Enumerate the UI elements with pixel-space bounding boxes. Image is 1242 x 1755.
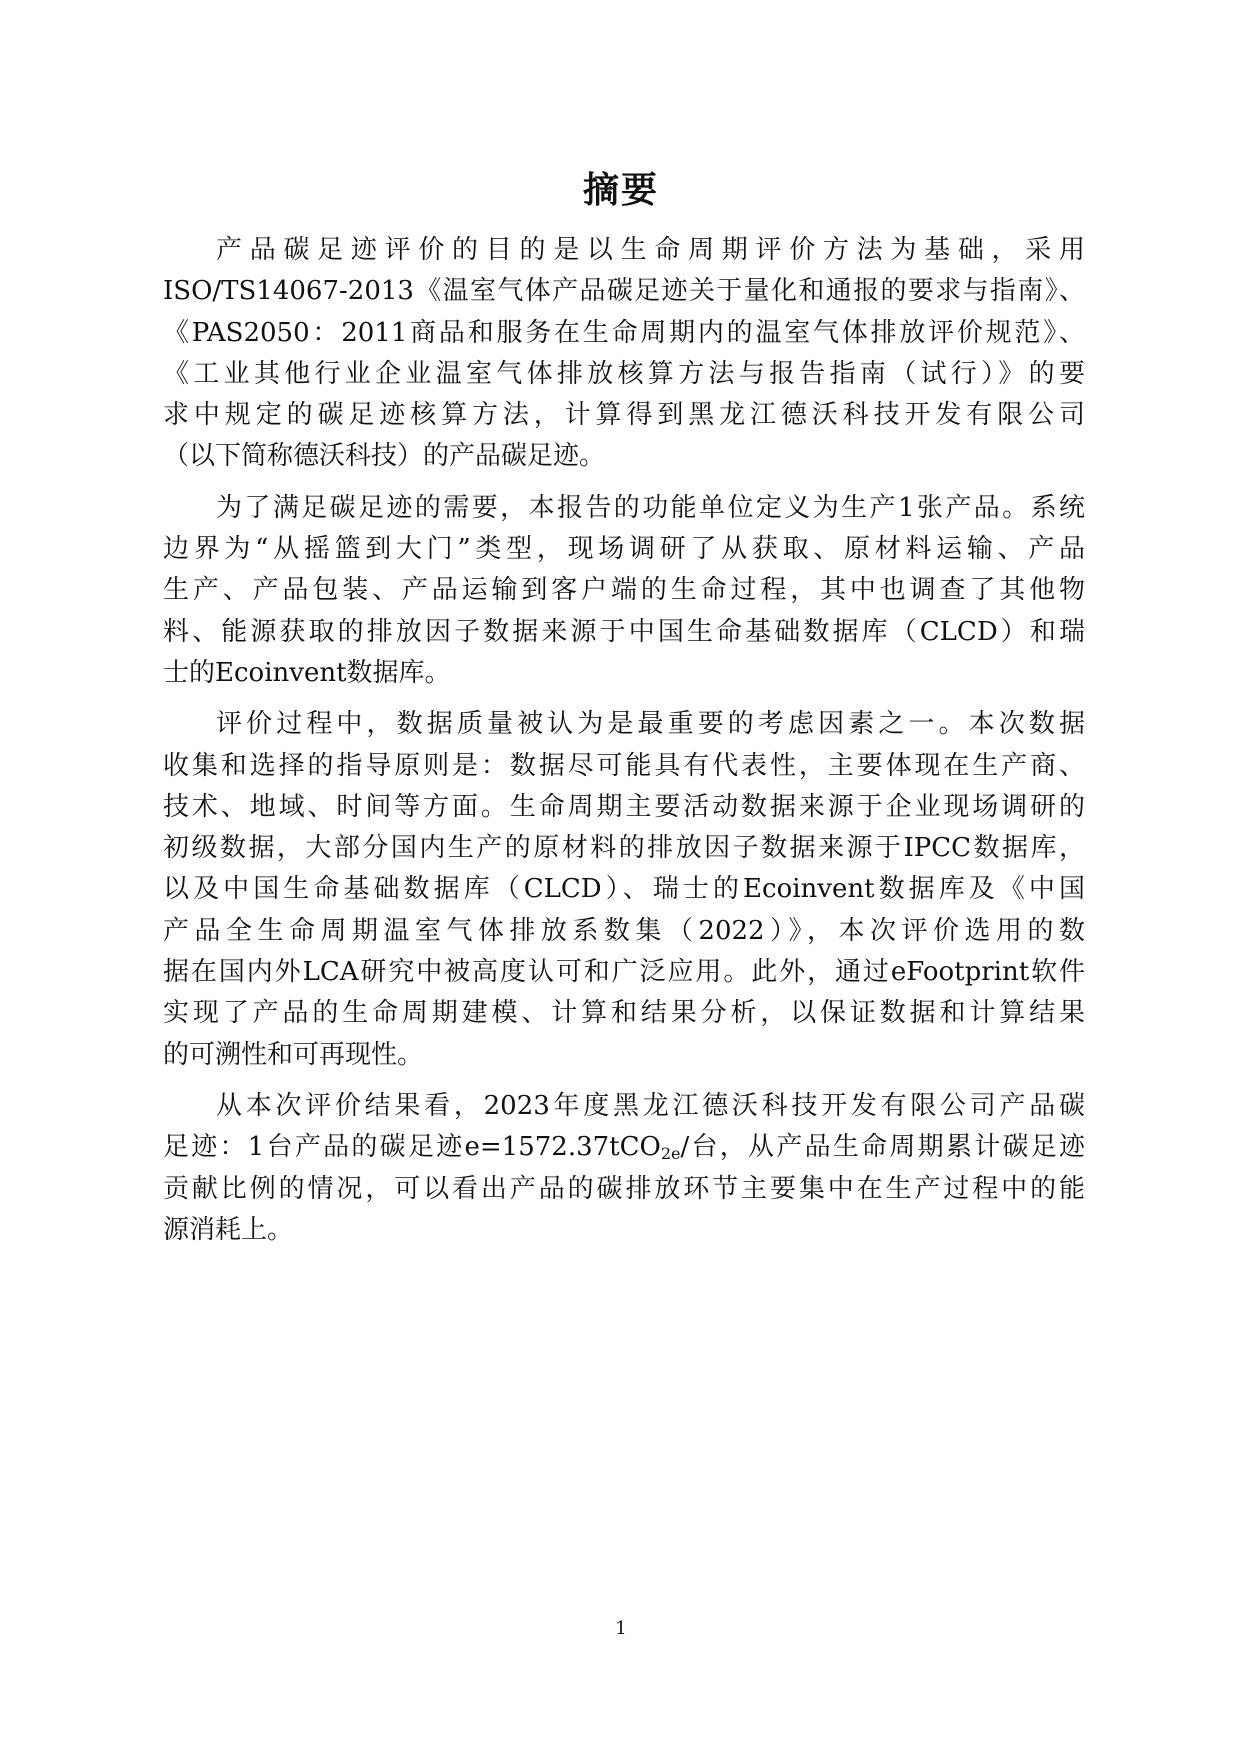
- co2e-subscript: 2e: [661, 1144, 681, 1163]
- text-line: 从本次评价结果看，2023年度黑龙江德沃科技开发有限公司产品碳: [163, 1086, 1085, 1127]
- paragraph-2: 为了满足碳足迹的需要，本报告的功能单位定义为生产1张产品。系统 边界为“从摇篮到…: [163, 488, 1085, 694]
- text-line-carbon-result: 足迹：1台产品的碳足迹e=1572.37tCO2e/台，从产品生命周期累计碳足迹: [163, 1127, 1085, 1168]
- text-line: 的可溯性和可再现性。: [163, 1035, 1085, 1076]
- document-page: 摘要 产品碳足迹评价的目的是以生命周期评价方法为基础，采用 ISO/TS1406…: [0, 0, 1242, 1755]
- text-line: 源消耗上。: [163, 1210, 1085, 1251]
- paragraph-1: 产品碳足迹评价的目的是以生命周期评价方法为基础，采用 ISO/TS14067-2…: [163, 230, 1085, 478]
- text-line: 收集和选择的指导原则是：数据尽可能具有代表性，主要体现在生产商、: [163, 746, 1085, 787]
- text-line: 料、能源获取的排放因子数据来源于中国生命基础数据库（CLCD）和瑞: [163, 612, 1085, 653]
- text-line: 边界为“从摇篮到大门”类型，现场调研了从获取、原材料运输、产品: [163, 529, 1085, 570]
- paragraph-4: 从本次评价结果看，2023年度黑龙江德沃科技开发有限公司产品碳 足迹：1台产品的…: [163, 1086, 1085, 1251]
- abstract-body: 产品碳足迹评价的目的是以生命周期评价方法为基础，采用 ISO/TS14067-2…: [163, 230, 1085, 1251]
- page-number: 1: [0, 1618, 1242, 1640]
- text-line: 产品全生命周期温室气体排放系数集（2022）》，本次评价选用的数: [163, 911, 1085, 952]
- text-line: 生产、产品包装、产品运输到客户端的生命过程，其中也调查了其他物: [163, 570, 1085, 611]
- text-line: 产品碳足迹评价的目的是以生命周期评价方法为基础，采用: [163, 230, 1085, 271]
- text-line: 据在国内外LCA研究中被高度认可和广泛应用。此外，通过eFootprint软件: [163, 952, 1085, 993]
- paragraph-3: 评价过程中，数据质量被认为是最重要的考虑因素之一。本次数据 收集和选择的指导原则…: [163, 704, 1085, 1076]
- text-line: 《工业其他行业企业温室气体排放核算方法与报告指南（试行）》的要: [163, 354, 1085, 395]
- text-line: 以及中国生命基础数据库（CLCD）、瑞士的Ecoinvent数据库及《中国: [163, 869, 1085, 910]
- text-line: ISO/TS14067-2013《温室气体产品碳足迹关于量化和通报的要求与指南》…: [163, 271, 1085, 312]
- text-line: 求中规定的碳足迹核算方法，计算得到黑龙江德沃科技开发有限公司: [163, 395, 1085, 436]
- text-line: 评价过程中，数据质量被认为是最重要的考虑因素之一。本次数据: [163, 704, 1085, 745]
- text-line: （以下简称德沃科技）的产品碳足迹。: [163, 436, 1085, 477]
- text-line: 实现了产品的生命周期建模、计算和结果分析，以保证数据和计算结果: [163, 993, 1085, 1034]
- carbon-footprint-text: 足迹：1台产品的碳足迹e=1572.37tCO: [163, 1132, 661, 1162]
- text-line: 初级数据，大部分国内生产的原材料的排放因子数据来源于IPCC数据库，: [163, 828, 1085, 869]
- text-line: 技术、地域、时间等方面。生命周期主要活动数据来源于企业现场调研的: [163, 787, 1085, 828]
- text-line: 为了满足碳足迹的需要，本报告的功能单位定义为生产1张产品。系统: [163, 488, 1085, 529]
- carbon-footprint-text-tail: /台，从产品生命周期累计碳足迹: [681, 1132, 1086, 1162]
- page-title: 摘要: [0, 168, 1242, 212]
- text-line: 《PAS2050：2011商品和服务在生命周期内的温室气体排放评价规范》、: [163, 313, 1085, 354]
- text-line: 士的Ecoinvent数据库。: [163, 653, 1085, 694]
- text-line: 贡献比例的情况，可以看出产品的碳排放环节主要集中在生产过程中的能: [163, 1169, 1085, 1210]
